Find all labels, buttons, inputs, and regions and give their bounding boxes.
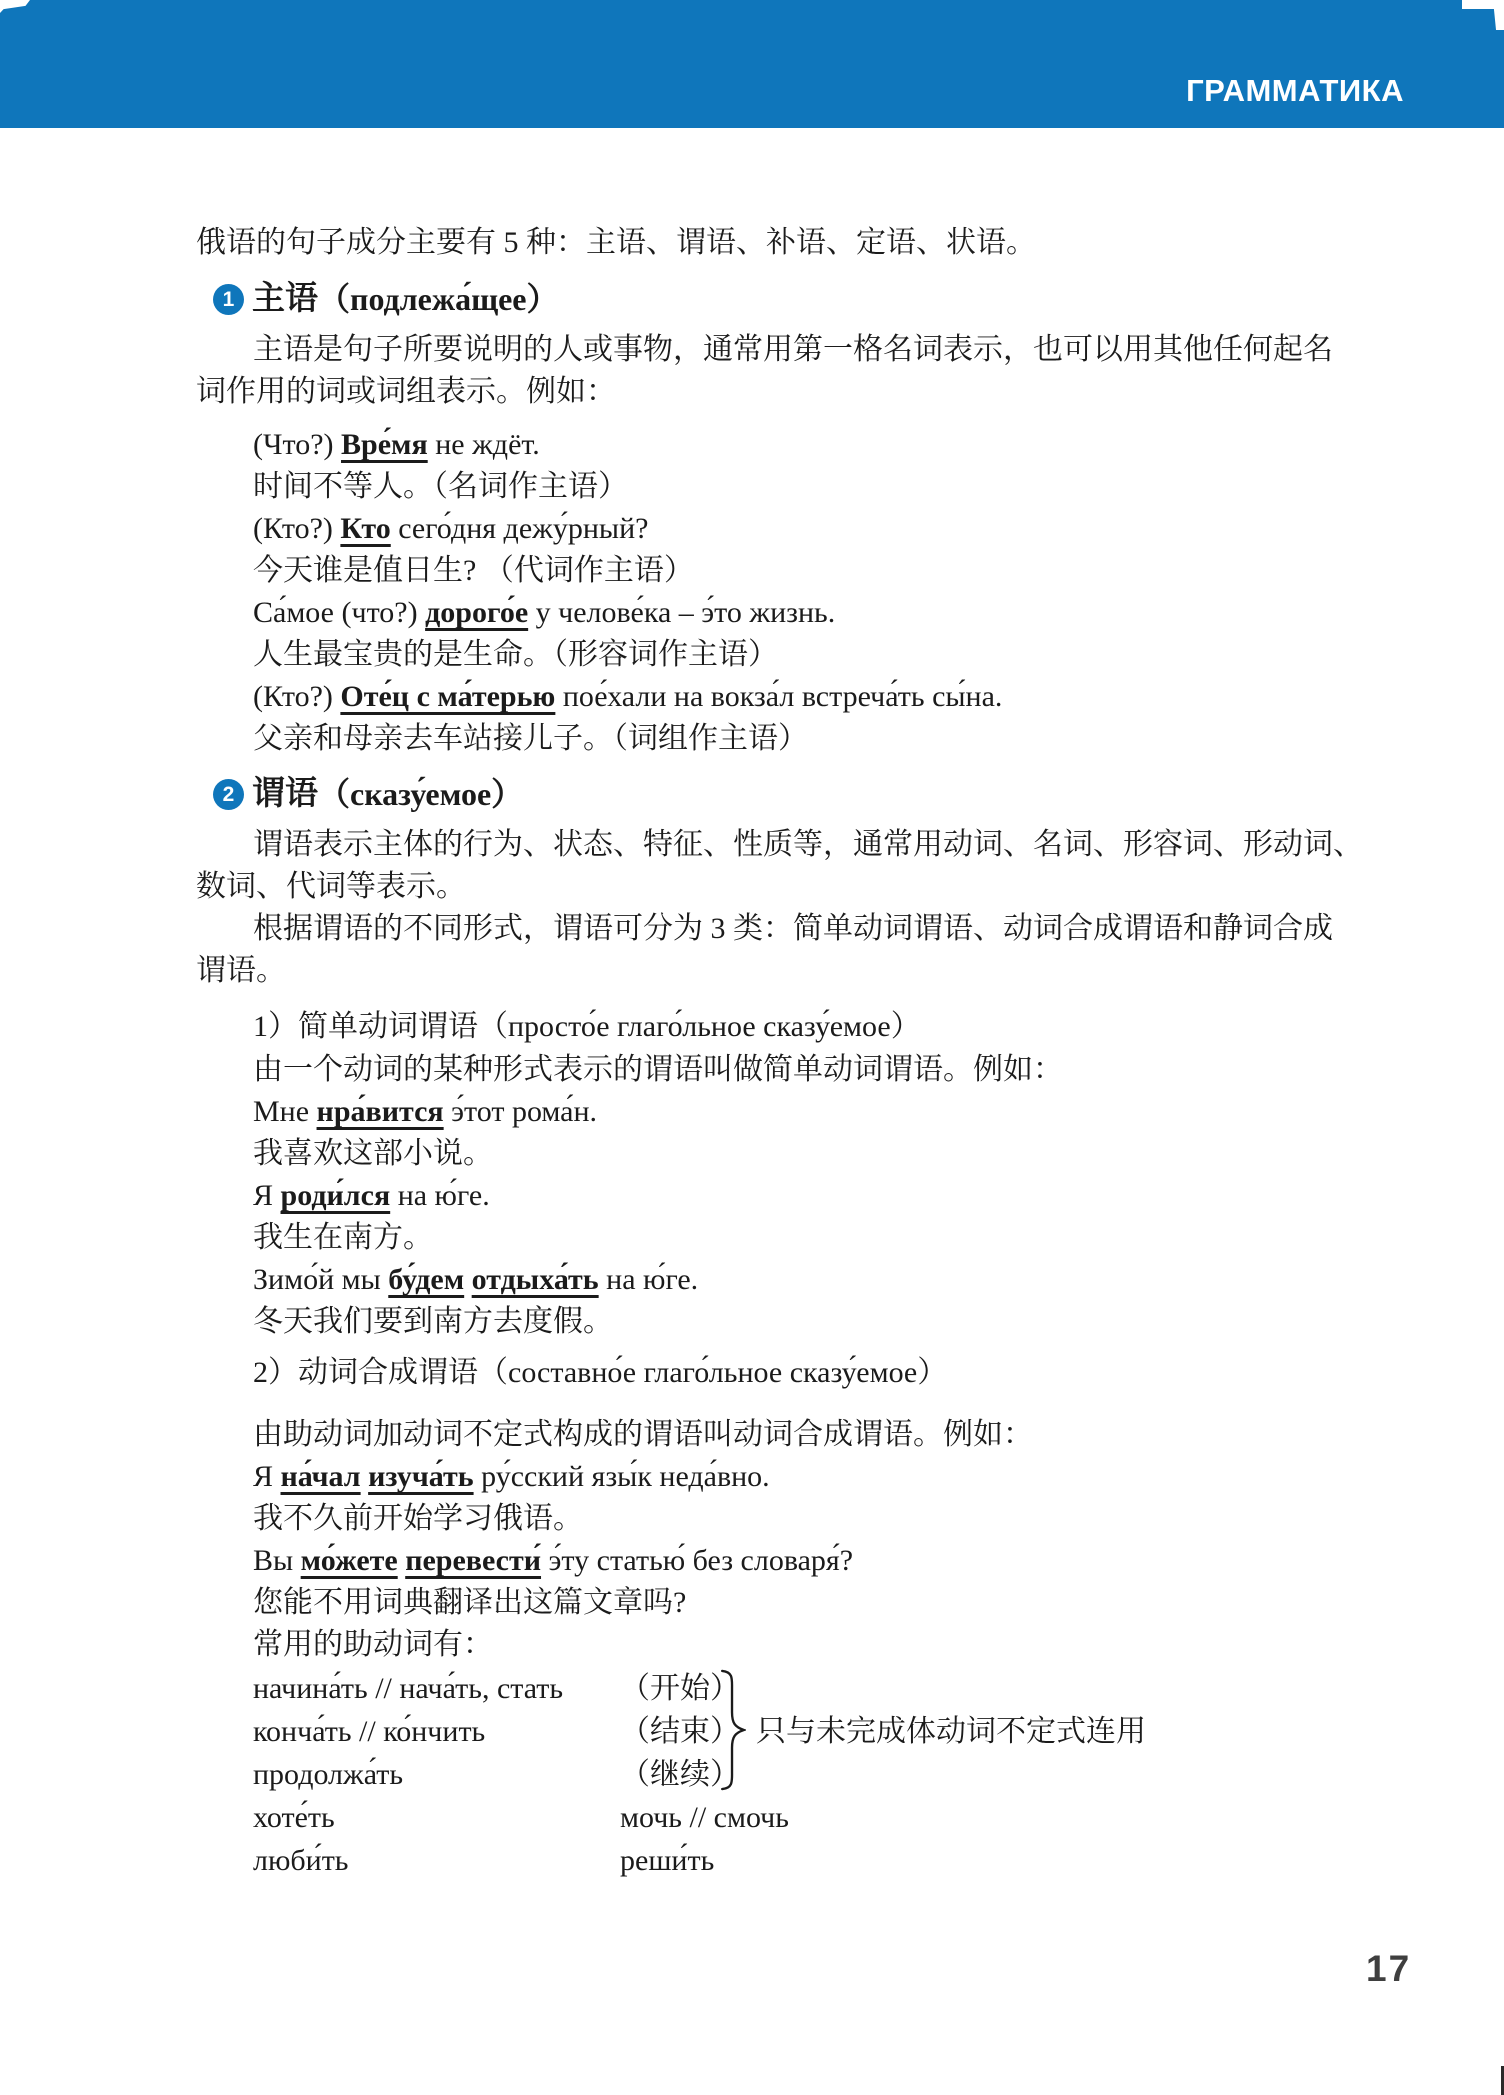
text-segment: (Что?) [253, 428, 341, 461]
text-segment [361, 1460, 369, 1493]
aux-verb-gloss: мочь // смочь [620, 1796, 789, 1839]
highlighted-word: Оте́ц с ма́терью [340, 680, 555, 713]
section-1-title-ru: （подлежа́щее） [318, 277, 559, 321]
example-chinese-line: 您能不用词典翻译出这篇文章吗? [196, 1582, 1376, 1624]
text-segment: Я [253, 1179, 281, 1212]
highlighted-word: Вре́мя [341, 428, 428, 461]
text-segment: Зимо́й мы [253, 1263, 388, 1296]
highlighted-word: отдыха́ть [472, 1263, 599, 1296]
scan-artifact-top-right [1462, 0, 1504, 30]
section-2-title-ru: （сказу́емое） [318, 772, 523, 816]
example-chinese-line: 人生最宝贵的是生命。（形容词作主语） [196, 634, 1376, 676]
subsection-2-heading: 2）动词合成谓语（составно́е глаго́льное сказу́ем… [196, 1352, 1376, 1394]
paragraph-line: 数词、代词等表示。 [196, 866, 1376, 908]
text-segment: Мне [253, 1095, 317, 1128]
text-segment: Я [253, 1460, 281, 1493]
highlighted-word: бу́дем [388, 1263, 464, 1296]
example-chinese-line: 父亲和母亲去车站接儿子。（词组作主语） [196, 718, 1376, 760]
highlighted-word: Кто [340, 512, 390, 545]
text-segment: на ю́ге. [599, 1263, 699, 1296]
aux-verbs-intro-line: 常用的助动词有： [196, 1624, 1376, 1666]
scan-artifact-top-left [0, 0, 30, 13]
highlighted-word: перевести́ [405, 1544, 541, 1577]
example-russian-line: Са́мое (что?) дорого́е у челове́ка – э́т… [196, 592, 1376, 634]
section-2-title-zh: 谓语 [252, 772, 318, 816]
paragraph-line: 由一个动词的某种形式表示的谓语叫做简单动词谓语。例如： [196, 1049, 1376, 1091]
example-russian-line: Я роди́лся на ю́ге. [196, 1175, 1376, 1217]
aux-verb-russian: люби́ть [253, 1839, 620, 1882]
text-segment: не ждёт. [428, 428, 540, 461]
text-segment: сего́дня дежу́рный? [391, 512, 649, 545]
example-chinese-line: 我不久前开始学习俄语。 [196, 1498, 1376, 1540]
book-page: ГРАММАТИКА 俄语的句子成分主要有 5 种：主语、谓语、补语、定语、状语… [0, 0, 1504, 2095]
example-russian-line: Я на́чал изуча́ть ру́сский язы́к неда́вн… [196, 1456, 1376, 1498]
section-2-heading: 2 谓语 （сказу́емое） [196, 772, 1376, 816]
example-russian-line: Зимо́й мы бу́дем отдыха́ть на ю́ге. [196, 1259, 1376, 1301]
example-chinese-line: 时间不等人。（名词作主语） [196, 466, 1376, 508]
aux-verb-row: начина́ть // нача́ть, стать （开始） [196, 1667, 1376, 1710]
brace-annotation: 只与未完成体动词不定式连用 [756, 1710, 1146, 1753]
aux-verb-row: люби́ть реши́ть [196, 1839, 1376, 1882]
highlighted-word: мо́жете [301, 1544, 398, 1577]
text-segment: Вы [253, 1544, 301, 1577]
example-russian-line: (Что?) Вре́мя не ждёт. [196, 424, 1376, 466]
example-chinese-line: 我喜欢这部小说。 [196, 1133, 1376, 1175]
example-chinese-line: 冬天我们要到南方去度假。 [196, 1301, 1376, 1343]
paragraph-line: 主语是句子所要说明的人或事物，通常用第一格名词表示，也可以用其他任何起名 [196, 329, 1376, 371]
example-russian-line: (Кто?) Кто сего́дня дежу́рный? [196, 508, 1376, 550]
text-segment: Са́мое (что?) [253, 596, 425, 629]
highlighted-word: нра́вится [317, 1095, 444, 1128]
example-russian-line: Мне нра́вится э́тот рома́н. [196, 1091, 1376, 1133]
paragraph-line: 词作用的词或词组表示。例如： [196, 371, 1376, 413]
section-1-badge: 1 [213, 284, 244, 315]
aux-verb-row: хоте́ть мочь // смочь [196, 1796, 1376, 1839]
text-segment: пое́хали на вокза́л встреча́ть сы́на. [555, 680, 1002, 713]
right-brace-icon [720, 1669, 746, 1791]
aux-verb-russian: продолжа́ть [253, 1753, 620, 1796]
page-header-band: ГРАММАТИКА [0, 0, 1504, 128]
example-chinese-line: 今天谁是值日生? （代词作主语） [196, 550, 1376, 592]
text-segment: (Кто?) [253, 512, 340, 545]
section-1-heading: 1 主语 （подлежа́щее） [196, 277, 1376, 321]
text-segment: э́тот рома́н. [444, 1095, 597, 1128]
page-content: 俄语的句子成分主要有 5 种：主语、谓语、补语、定语、状语。 1 主语 （под… [196, 128, 1376, 1882]
highlighted-word: на́чал [281, 1460, 361, 1493]
paragraph-line: 根据谓语的不同形式，谓语可分为 3 类：简单动词谓语、动词合成谓语和静词合成 [196, 908, 1376, 950]
text-segment: э́ту статью́ без словаря́? [541, 1544, 853, 1577]
highlighted-word: изуча́ть [368, 1460, 473, 1493]
paragraph-line: 谓语表示主体的行为、状态、特征、性质等，通常用动词、名词、形容词、形动词、 [196, 824, 1376, 866]
highlighted-word: дорого́е [425, 596, 528, 629]
example-chinese-line: 我生在南方。 [196, 1217, 1376, 1259]
paragraph-line: 由助动词加动词不定式构成的谓语叫动词合成谓语。例如： [196, 1414, 1376, 1456]
highlighted-word: роди́лся [281, 1179, 391, 1212]
text-segment: у челове́ка – э́то жизнь. [528, 596, 835, 629]
subsection-1-heading: 1）简单动词谓语（просто́е глаго́льное сказу́емое… [196, 1006, 1376, 1048]
aux-verb-row: продолжа́ть （继续） [196, 1753, 1376, 1796]
aux-verb-russian: конча́ть // ко́нчить [253, 1710, 620, 1753]
intro-paragraph: 俄语的句子成分主要有 5 种：主语、谓语、补语、定语、状语。 [196, 222, 1376, 264]
text-segment: (Кто?) [253, 680, 340, 713]
aux-verb-russian: начина́ть // нача́ть, стать [253, 1667, 620, 1710]
page-number: 17 [1366, 1948, 1411, 1990]
section-1-title-zh: 主语 [252, 277, 318, 321]
example-russian-line: Вы мо́жете перевести́ э́ту статью́ без с… [196, 1540, 1376, 1582]
aux-verb-russian: хоте́ть [253, 1796, 620, 1839]
text-segment: ру́сский язы́к неда́вно. [474, 1460, 770, 1493]
header-chapter-title: ГРАММАТИКА [1186, 74, 1404, 108]
paragraph-line: 谓语。 [196, 950, 1376, 992]
example-russian-line: (Кто?) Оте́ц с ма́терью пое́хали на вокз… [196, 676, 1376, 718]
text-segment: на ю́ге. [390, 1179, 490, 1212]
text-segment [464, 1263, 472, 1296]
auxiliary-verbs-table: начина́ть // нача́ть, стать （开始） конча́т… [196, 1667, 1376, 1882]
section-2-badge: 2 [213, 779, 244, 810]
aux-verb-gloss: реши́ть [620, 1839, 714, 1882]
